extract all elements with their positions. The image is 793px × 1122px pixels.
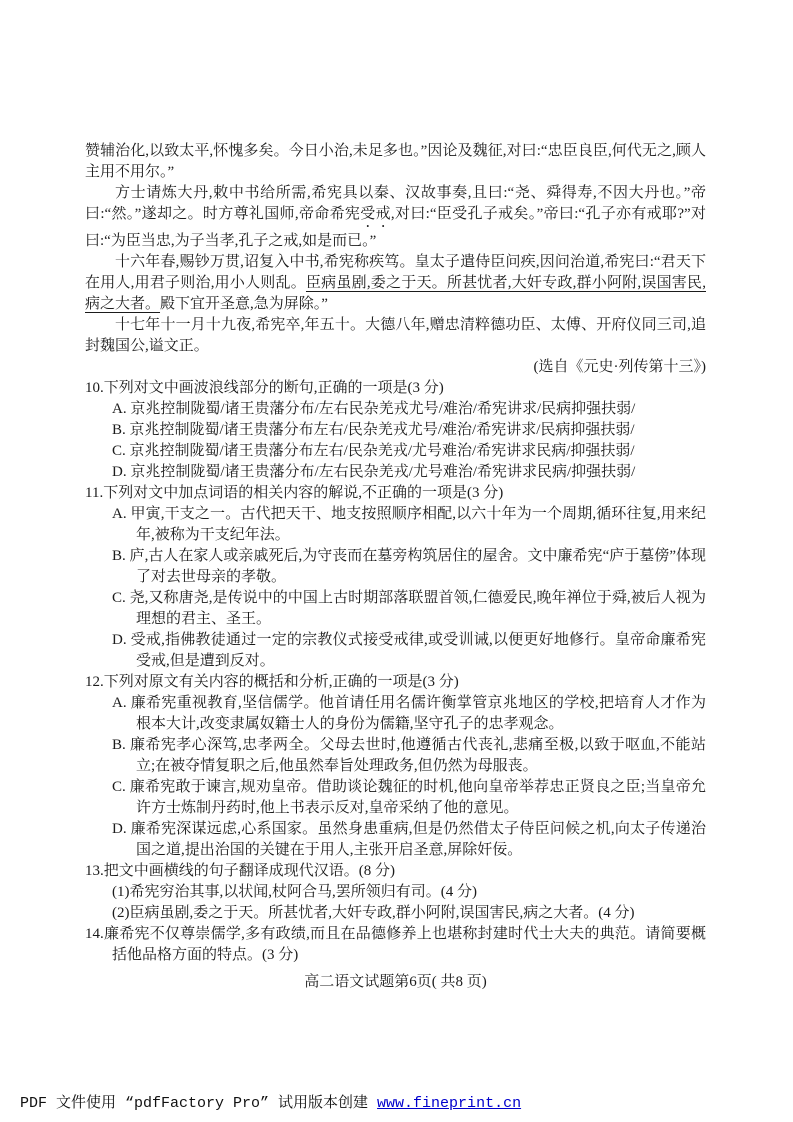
question-14: 14.廉希宪不仅尊崇儒学,多有政绩,而且在品德修养上也堪称封建时代士大夫的典范。…: [85, 924, 706, 966]
question-13-stem: 13.把文中画横线的句子翻译成现代汉语。(8 分): [85, 861, 706, 882]
passage-paragraph-3: 十六年春,赐钞万贯,诏复入中书,希宪称疾笃。皇太子遣侍臣问疾,因问治道,希宪曰:…: [85, 252, 706, 315]
option-text: 庐,古人在家人或亲戚死后,为守丧而在墓旁构筑居住的屋舍。文中廉希宪“庐于墓傍”体…: [130, 548, 706, 585]
question-12-option-a: A. 廉希宪重视教育,坚信儒学。他首请任用名儒许衡掌管京兆地区的学校,把培育人才…: [112, 693, 706, 735]
option-label: D.: [112, 821, 127, 837]
option-label: A.: [112, 401, 127, 417]
option-label: A.: [112, 506, 127, 522]
question-11-number: 11.: [85, 485, 103, 501]
pdf-factory-notice: PDF 文件使用 “pdfFactory Pro” 试用版本创建 www.fin…: [20, 1091, 521, 1112]
question-11-stem: 11.下列对文中加点词语的相关内容的解说,不正确的一项是(3 分): [85, 483, 706, 504]
question-12-option-b: B. 廉希宪孝心深笃,忠孝两全。父母去世时,他遵循古代丧礼,悲痛至极,以致于呕血…: [112, 735, 706, 777]
question-10-option-d: D. 京兆控制陇蜀/诸王贵藩分布/左右民杂羌戎/尤号难治/希宪讲求民病/抑强扶弱…: [112, 462, 706, 483]
question-12-number: 12.: [85, 674, 104, 690]
question-12-options: A. 廉希宪重视教育,坚信儒学。他首请任用名儒许衡掌管京兆地区的学校,把培育人才…: [112, 693, 706, 861]
question-13: 13.把文中画横线的句子翻译成现代汉语。(8 分) (1)希宪穷治其事,以状闻,…: [85, 861, 706, 924]
question-13-sub-1: (1)希宪穷治其事,以状闻,杖阿合马,罢所领归有司。(4 分): [112, 882, 706, 903]
fineprint-link[interactable]: www.fineprint.cn: [377, 1095, 521, 1112]
question-10-option-a: A. 京兆控制陇蜀/诸王贵藩分布/左右民杂羌戎尤号/难治/希宪讲求/民病抑强扶弱…: [112, 399, 706, 420]
option-label: B.: [112, 737, 126, 753]
question-11-option-c: C. 尧,又称唐尧,是传说中的中国上古时期部落联盟首领,仁德爱民,晚年禅位于舜,…: [112, 588, 706, 630]
pdf-notice-text: PDF 文件使用 “pdfFactory Pro” 试用版本创建: [20, 1095, 377, 1112]
question-12-stem: 12.下列对原文有关内容的概括和分析,正确的一项是(3 分): [85, 672, 706, 693]
option-label: C.: [112, 590, 126, 606]
question-10: 10.下列对文中画波浪线部分的断句,正确的一项是(3 分) A. 京兆控制陇蜀/…: [85, 378, 706, 483]
question-10-number: 10.: [85, 380, 104, 396]
option-label: D.: [112, 464, 127, 480]
exam-page: 赞辅治化,以致太平,怀愧多矣。今日小治,未足多也。”因论及魏征,对曰:“忠臣良臣…: [0, 0, 793, 1122]
question-10-option-c: C. 京兆控制陇蜀/诸王贵藩分布左右/民杂羌戎/尤号难治/希宪讲求民病/抑强扶弱…: [112, 441, 706, 462]
option-label: C.: [112, 779, 126, 795]
question-12: 12.下列对原文有关内容的概括和分析,正确的一项是(3 分) A. 廉希宪重视教…: [85, 672, 706, 861]
option-text: 京兆控制陇蜀/诸王贵藩分布/左右民杂羌戎尤号/难治/希宪讲求/民病抑强扶弱/: [130, 401, 635, 417]
passage-p3-post: 殿下宜开圣意,急为屏除。”: [160, 296, 328, 312]
question-12-option-d: D. 廉希宪深谋远虑,心系国家。虽然身患重病,但是仍然借太子侍臣问候之机,向太子…: [112, 819, 706, 861]
question-11-option-b: B. 庐,古人在家人或亲戚死后,为守丧而在墓旁构筑居住的屋舍。文中廉希宪“庐于墓…: [112, 546, 706, 588]
question-13-subitems: (1)希宪穷治其事,以状闻,杖阿合马,罢所领归有司。(4 分) (2)臣病虽剧,…: [112, 882, 706, 924]
question-11-option-a: A. 甲寅,干支之一。古代把天干、地支按照顺序相配,以六十年为一个周期,循环往复…: [112, 504, 706, 546]
option-text: 京兆控制陇蜀/诸王贵藩分布/左右民杂羌戎/尤号难治/希宪讲求民病/抑强扶弱/: [130, 464, 635, 480]
option-text: 廉希宪深谋远虑,心系国家。虽然身患重病,但是仍然借太子侍臣问候之机,向太子传递治…: [131, 821, 706, 858]
page-number-label: 高二语文试题第6页( 共8 页): [85, 972, 706, 993]
question-13-number: 13.: [85, 863, 104, 879]
question-12-option-c: C. 廉希宪敢于谏言,规劝皇帝。借助谈论魏征的时机,他向皇帝举荐忠正贤良之臣;当…: [112, 777, 706, 819]
question-12-text: 下列对原文有关内容的概括和分析,正确的一项是(3 分): [104, 674, 459, 690]
option-text: 廉希宪重视教育,坚信儒学。他首请任用名儒许衡掌管京兆地区的学校,把培育人才作为根…: [131, 695, 706, 732]
question-13-sub-2: (2)臣病虽剧,委之于天。所甚忧者,大奸专政,群小阿附,误国害民,病之大者。(4…: [112, 903, 706, 924]
question-10-options: A. 京兆控制陇蜀/诸王贵藩分布/左右民杂羌戎尤号/难治/希宪讲求/民病抑强扶弱…: [112, 399, 706, 483]
passage-paragraph-4: 十七年十一月十九夜,希宪卒,年五十。大德八年,赠忠清粹德功臣、太傅、开府仪同三司…: [85, 315, 706, 357]
option-label: B.: [112, 422, 126, 438]
question-10-option-b: B. 京兆控制陇蜀/诸王贵藩分布左右/民杂羌戎尤号/难治/希宪讲求/民病抑强扶弱…: [112, 420, 706, 441]
passage-source: (选自《元史·列传第十三》): [85, 357, 706, 378]
option-text: 受戒,指佛教徒通过一定的宗教仪式接受戒律,或受训诫,以便更好地修行。皇帝命廉希宪…: [131, 632, 706, 669]
question-11-option-d: D. 受戒,指佛教徒通过一定的宗教仪式接受戒律,或受训诫,以便更好地修行。皇帝命…: [112, 630, 706, 672]
question-11-options: A. 甲寅,干支之一。古代把天干、地支按照顺序相配,以六十年为一个周期,循环往复…: [112, 504, 706, 672]
option-label: B.: [112, 548, 126, 564]
option-text: 尧,又称唐尧,是传说中的中国上古时期部落联盟首领,仁德爱民,晚年禅位于舜,被后人…: [130, 590, 706, 627]
exam-content: 赞辅治化,以致太平,怀愧多矣。今日小治,未足多也。”因论及魏征,对曰:“忠臣良臣…: [85, 141, 706, 993]
option-label: A.: [112, 695, 127, 711]
question-11-text: 下列对文中加点词语的相关内容的解说,不正确的一项是(3 分): [103, 485, 503, 501]
option-text: 廉希宪敢于谏言,规劝皇帝。借助谈论魏征的时机,他向皇帝举荐忠正贤良之臣;当皇帝允…: [130, 779, 706, 816]
option-label: C.: [112, 443, 126, 459]
option-label: D.: [112, 632, 127, 648]
question-14-text: 廉希宪不仅尊崇儒学,多有政绩,而且在品德修养上也堪称封建时代士大夫的典范。请简要…: [104, 926, 706, 963]
option-text: 京兆控制陇蜀/诸王贵藩分布左右/民杂羌戎尤号/难治/希宪讲求/民病抑强扶弱/: [130, 422, 635, 438]
question-14-number: 14.: [85, 926, 104, 942]
question-13-text: 把文中画横线的句子翻译成现代汉语。(8 分): [104, 863, 395, 879]
question-11: 11.下列对文中加点词语的相关内容的解说,不正确的一项是(3 分) A. 甲寅,…: [85, 483, 706, 672]
question-10-stem: 10.下列对文中画波浪线部分的断句,正确的一项是(3 分): [85, 378, 706, 399]
option-text: 甲寅,干支之一。古代把天干、地支按照顺序相配,以六十年为一个周期,循环往复,用来…: [130, 506, 706, 543]
option-text: 京兆控制陇蜀/诸王贵藩分布左右/民杂羌戎/尤号难治/希宪讲求民病/抑强扶弱/: [130, 443, 635, 459]
question-14-stem: 14.廉希宪不仅尊崇儒学,多有政绩,而且在品德修养上也堪称封建时代士大夫的典范。…: [85, 924, 706, 966]
question-10-text: 下列对文中画波浪线部分的断句,正确的一项是(3 分): [104, 380, 444, 396]
emphasis-dotted-term: 受戒: [360, 206, 391, 222]
passage-paragraph-2: 方士请炼大丹,敕中书给所需,希宪具以秦、汉故事奏,且曰:“尧、舜得寿,不因大丹也…: [85, 183, 706, 252]
passage-paragraph-1: 赞辅治化,以致太平,怀愧多矣。今日小治,未足多也。”因论及魏征,对曰:“忠臣良臣…: [85, 141, 706, 183]
option-text: 廉希宪孝心深笃,忠孝两全。父母去世时,他遵循古代丧礼,悲痛至极,以致于呕血,不能…: [130, 737, 706, 774]
